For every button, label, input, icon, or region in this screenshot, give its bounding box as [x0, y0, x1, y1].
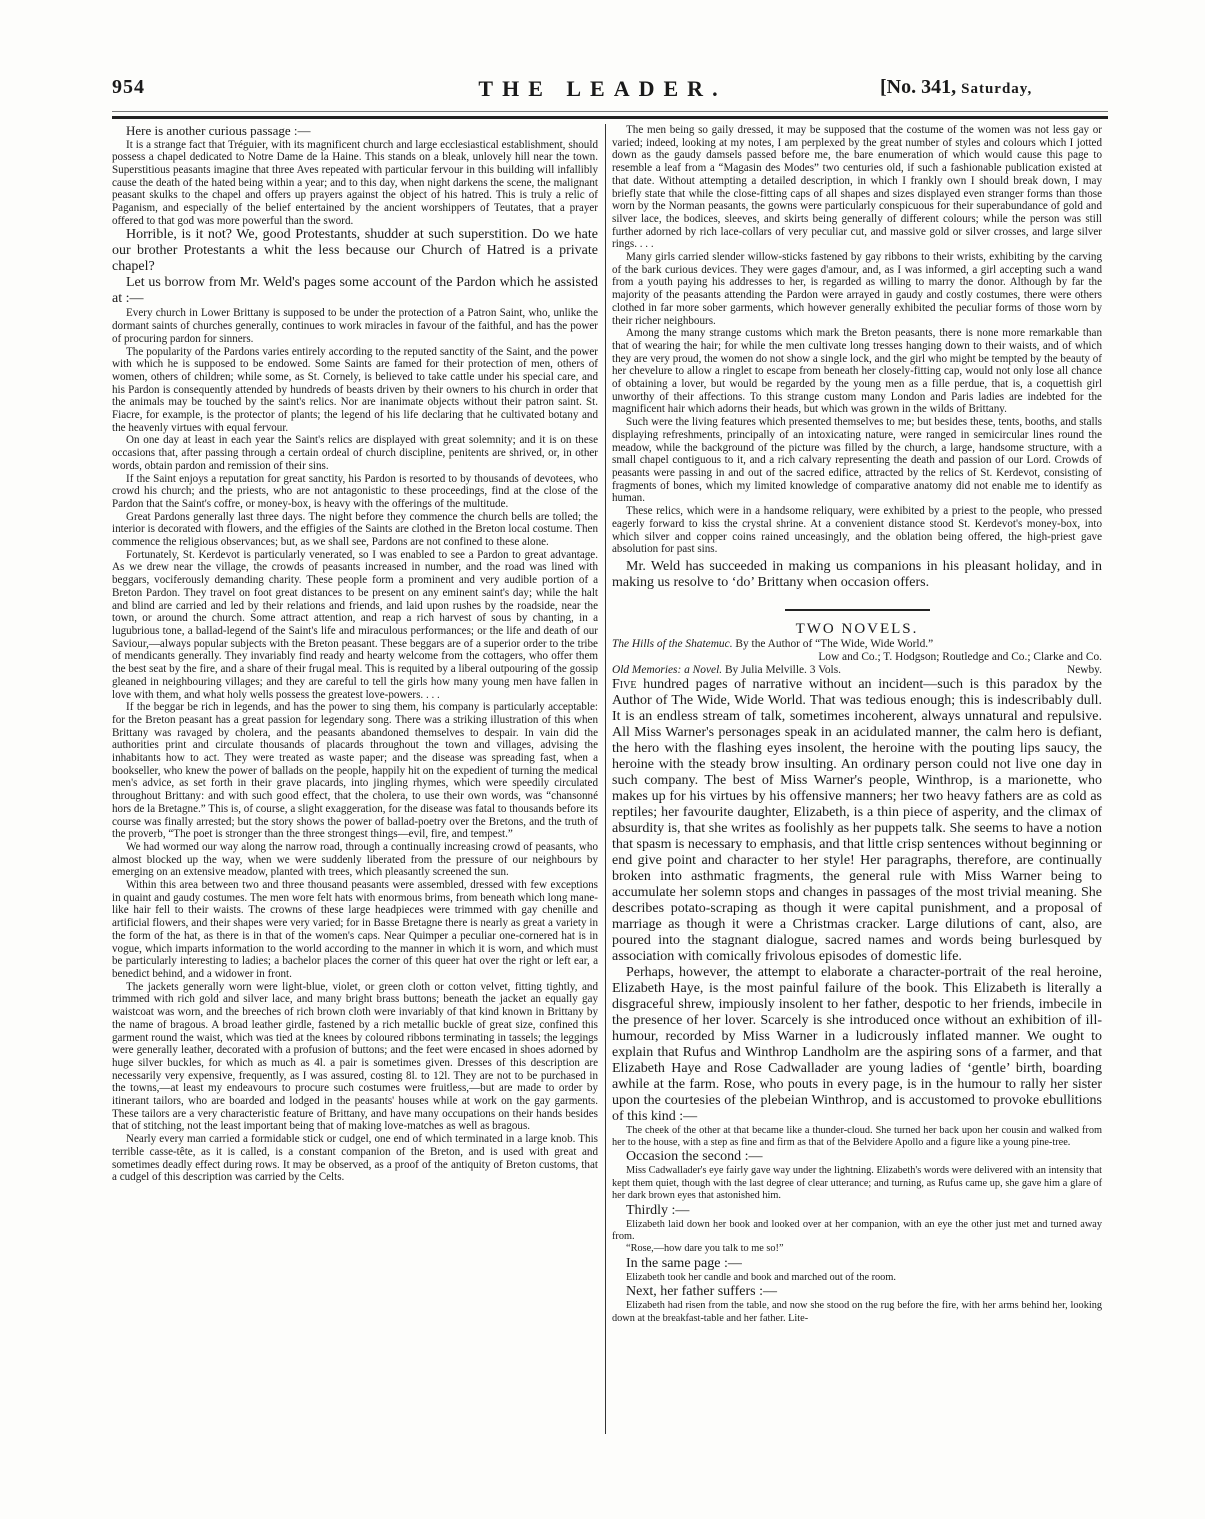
paragraph: The men being so gaily dressed, it may b…	[612, 124, 1102, 251]
paragraph: The jackets generally worn were light-bl…	[112, 981, 598, 1133]
paragraph: Let us borrow from Mr. Weld's pages some…	[112, 275, 598, 307]
book-publishers: Low and Co.; T. Hodgson; Routledge and C…	[612, 651, 1102, 664]
left-column: Here is another curious passage :— It is…	[112, 124, 598, 1184]
closing-paragraph: Mr. Weld has succeeded in making us comp…	[612, 559, 1102, 591]
paragraph: If the beggar be rich in legends, and ha…	[112, 701, 598, 841]
masthead-rule	[112, 116, 1108, 119]
paragraph: Horrible, is it not? We, good Protestant…	[112, 227, 598, 275]
paragraph: These relics, which were in a handsome r…	[612, 505, 1102, 556]
column-divider	[605, 124, 606, 1434]
quotation: Elizabeth had risen from the table, and …	[612, 1300, 1102, 1325]
quotation: “Rose,—how dare you talk to me so!”	[612, 1243, 1102, 1255]
masthead: 954 THE LEADER. [No. 341, Saturday,	[0, 74, 1205, 114]
quote-label: Thirdly :—	[612, 1203, 1102, 1219]
quotation: Elizabeth laid down her book and looked …	[612, 1219, 1102, 1244]
paragraph: Nearly every man carried a formidable st…	[112, 1133, 598, 1184]
book-byline: By the Author of “The Wide, Wide World.”	[735, 638, 933, 650]
book-byline: By Julia Melville. 3 Vols.	[725, 664, 841, 676]
section-divider	[785, 609, 930, 611]
paragraph: Every church in Lower Brittany is suppos…	[112, 307, 598, 345]
book-entry: Old Memories: a Novel. By Julia Melville…	[612, 664, 1102, 677]
book-publisher: Newby.	[1067, 664, 1102, 677]
paragraph: Great Pardons generally last three days.…	[112, 511, 598, 549]
quotation: Elizabeth took her candle and book and m…	[612, 1272, 1102, 1284]
paragraph: It is a strange fact that Tréguier, with…	[112, 139, 598, 228]
quote-label: Occasion the second :—	[612, 1149, 1102, 1165]
paragraph: Within this area between two and three t…	[112, 879, 598, 981]
review-paragraph: Perhaps, however, the attempt to elabora…	[612, 965, 1102, 1125]
book-title: The Hills of the Shatemuc.	[612, 638, 733, 650]
paragraph: Among the many strange customs which mar…	[612, 327, 1102, 416]
paragraph: Here is another curious passage :—	[112, 124, 598, 139]
paragraph: If the Saint enjoys a reputation for gre…	[112, 473, 598, 511]
paragraph: On one day at least in each year the Sai…	[112, 434, 598, 472]
quotation: Miss Cadwallader's eye fairly gave way u…	[612, 1165, 1102, 1202]
paragraph: Many girls carried slender willow-sticks…	[612, 251, 1102, 327]
paragraph: Fortunately, St. Kerdevot is particularl…	[112, 549, 598, 701]
paragraph: The popularity of the Pardons varies ent…	[112, 346, 598, 435]
quote-label: In the same page :—	[612, 1256, 1102, 1272]
right-column: The men being so gaily dressed, it may b…	[612, 124, 1102, 1325]
review-paragraph: Five hundred pages of narrative without …	[612, 677, 1102, 965]
masthead-thin-rule	[112, 111, 1108, 112]
paragraph: Such were the living features which pres…	[612, 416, 1102, 505]
quotation: The cheek of the other at that became li…	[612, 1125, 1102, 1150]
section-heading: TWO NOVELS.	[612, 623, 1102, 636]
book-entry: The Hills of the Shatemuc. By the Author…	[612, 638, 1102, 651]
quote-label: Next, her father suffers :—	[612, 1284, 1102, 1300]
issue-info: [No. 341, Saturday,	[880, 76, 1032, 99]
book-title: Old Memories: a Novel.	[612, 664, 722, 676]
paragraph: We had wormed our way along the narrow r…	[112, 841, 598, 879]
issue-day: Saturday,	[961, 81, 1032, 97]
